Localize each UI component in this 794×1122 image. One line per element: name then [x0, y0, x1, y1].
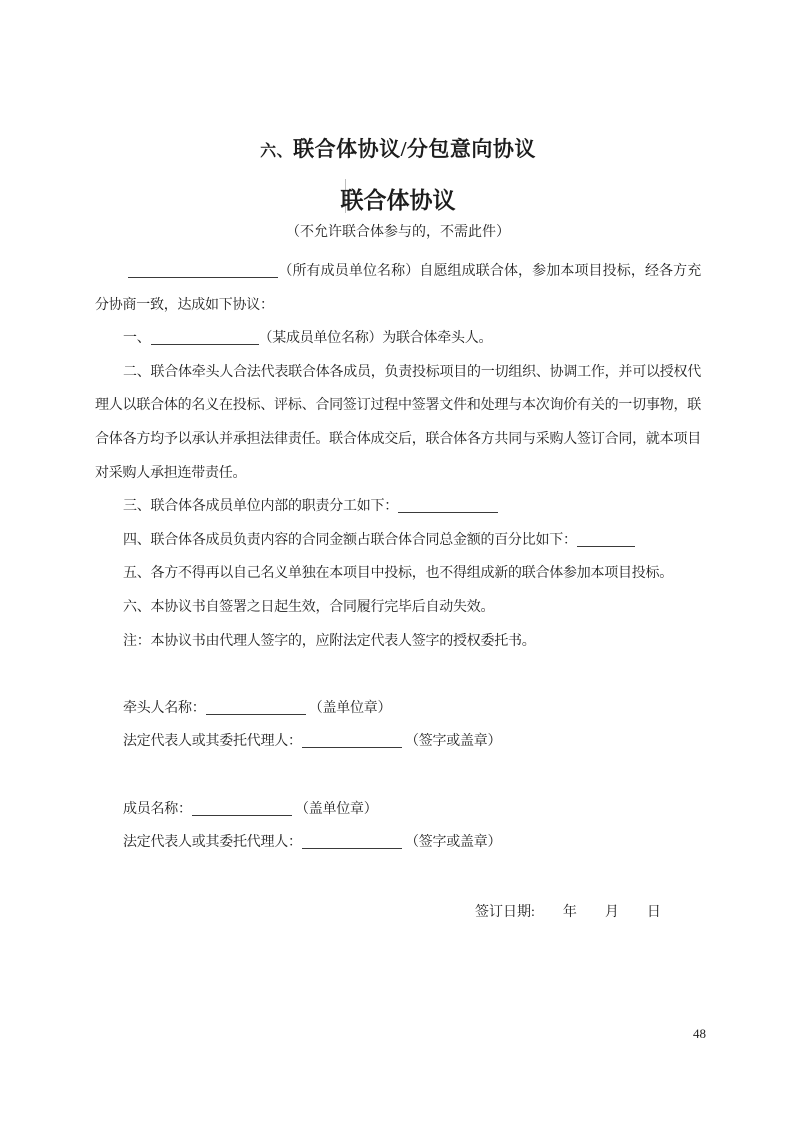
clause-6: 六、本协议书自签署之日起生效，合同履行完毕后自动失效。	[95, 591, 701, 625]
clause-3-text: 三、联合体各成员单位内部的职责分工如下：	[123, 499, 398, 514]
section-number: 六、	[260, 143, 293, 160]
leader-name-seal-note: （盖单位章）	[309, 701, 392, 716]
clause-3: 三、联合体各成员单位内部的职责分工如下：	[95, 490, 701, 524]
member-name-line: 成员名称： （盖单位章）	[95, 793, 701, 827]
leader-representative-label: 法定代表人或其委托代理人：	[123, 734, 302, 749]
form-title: 联合体协议	[95, 184, 701, 218]
blank-field-leader-representative	[302, 733, 402, 748]
remark-note: 注：本协议书由代理人签字的，应附法定代表人签字的授权委托书。	[95, 625, 701, 659]
clause-4: 四、联合体各成员负责内容的合同金额占联合体合同总金额的百分比如下：	[95, 524, 701, 558]
blank-field-leader-signature-name	[206, 700, 306, 715]
page-number: 48	[693, 1026, 706, 1042]
member-name-seal-note: （盖单位章）	[295, 802, 378, 817]
blank-field-leader-name	[151, 330, 259, 345]
signing-date-line: 签订日期: 年 月 日	[475, 896, 701, 930]
member-representative-label: 法定代表人或其委托代理人：	[123, 835, 302, 850]
leader-name-label: 牵头人名称：	[123, 701, 206, 716]
blank-field-members-names	[128, 263, 278, 278]
section-title: 六、联合体协议/分包意向协议	[95, 134, 701, 167]
applicability-note: （不允许联合体参与的，不需此件）	[95, 223, 701, 243]
leader-representative-line: 法定代表人或其委托代理人： （签字或盖章）	[95, 725, 701, 759]
blank-field-member-representative	[302, 834, 402, 849]
spacer	[95, 658, 701, 692]
leader-representative-seal-note: （签字或盖章）	[405, 734, 501, 749]
spacer	[95, 759, 701, 793]
clause-4-text: 四、联合体各成员负责内容的合同金额占联合体合同总金额的百分比如下：	[123, 533, 577, 548]
member-representative-line: 法定代表人或其委托代理人： （签字或盖章）	[95, 826, 701, 860]
document-page: 六、联合体协议/分包意向协议 联合体协议 （不允许联合体参与的，不需此件） （所…	[0, 0, 794, 1122]
section-title-text: 联合体协议/分包意向协议	[293, 137, 536, 161]
blank-field-member-signature-name	[192, 801, 292, 816]
clause-1: 一、（某成员单位名称）为联合体牵头人。	[95, 322, 701, 356]
leader-name-line: 牵头人名称： （盖单位章）	[95, 692, 701, 726]
blank-field-percentage	[577, 532, 635, 547]
member-representative-seal-note: （签字或盖章）	[405, 835, 501, 850]
blank-field-duty-division	[398, 498, 498, 513]
clause-2: 二、联合体牵头人合法代表联合体各成员，负责投标项目的一切组织、协调工作，并可以授…	[95, 356, 701, 490]
clause-1-text: （某成员单位名称）为联合体牵头人。	[259, 331, 493, 346]
agreement-body: （所有成员单位名称）自愿组成联合体，参加本项目投标，经各方充分协商一致，达成如下…	[95, 255, 701, 929]
member-name-label: 成员名称：	[123, 802, 192, 817]
intro-paragraph: （所有成员单位名称）自愿组成联合体，参加本项目投标，经各方充分协商一致，达成如下…	[95, 255, 701, 322]
clause-1-number: 一、	[123, 331, 151, 346]
clause-5: 五、各方不得再以自己名义单独在本项目中投标，也不得组成新的联合体参加本项目投标。	[95, 557, 701, 591]
